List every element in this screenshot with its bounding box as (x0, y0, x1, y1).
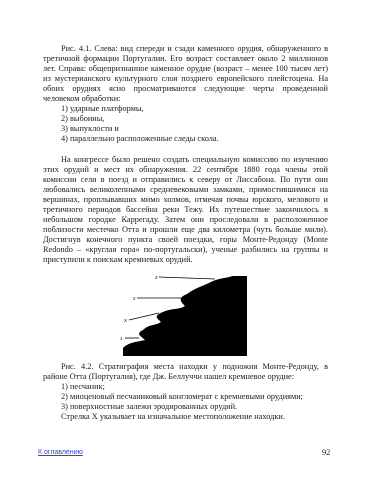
list-item: 2) миоценовый песчаниковый конгломерат с… (43, 392, 328, 402)
label-2: 2 (133, 296, 136, 301)
list-item: 1) ударные платформы, (43, 104, 328, 114)
list-item: Стрелка Х указывает на изначальное место… (43, 412, 328, 422)
page-number: 92 (322, 448, 330, 457)
figure-4-2-caption: Рис. 4.2. Стратиграфия места находки у п… (43, 362, 328, 422)
list-item: 2) выбоины, (43, 114, 328, 124)
list-item: 4) параллельно расположенные следы скола… (43, 134, 328, 144)
label-1: 1 (120, 336, 123, 341)
list-item: 1) песчаник; (43, 382, 328, 392)
label-3: 3 (155, 275, 158, 280)
caption-text: Рис. 4.1. Слева: вид спереди и сзади кам… (43, 44, 328, 104)
stratigraphy-figure: 3 2 X 1 (115, 272, 255, 358)
list-item: 3) поверхностные залежи эродированных ор… (43, 402, 328, 412)
list-item: 3) выпуклости и (43, 124, 328, 134)
figure-4-1-caption: Рис. 4.1. Слева: вид спереди и сзади кам… (43, 44, 328, 144)
toc-link[interactable]: К оглавлению (38, 449, 83, 456)
document-page: Рис. 4.1. Слева: вид спереди и сзади кам… (0, 0, 370, 480)
label-x: X (124, 318, 127, 323)
paragraph-text: На конгрессе было решено создать специал… (43, 155, 328, 265)
body-paragraph: На конгрессе было решено создать специал… (43, 155, 328, 265)
caption-text: Рис. 4.2. Стратиграфия места находки у п… (43, 362, 328, 382)
